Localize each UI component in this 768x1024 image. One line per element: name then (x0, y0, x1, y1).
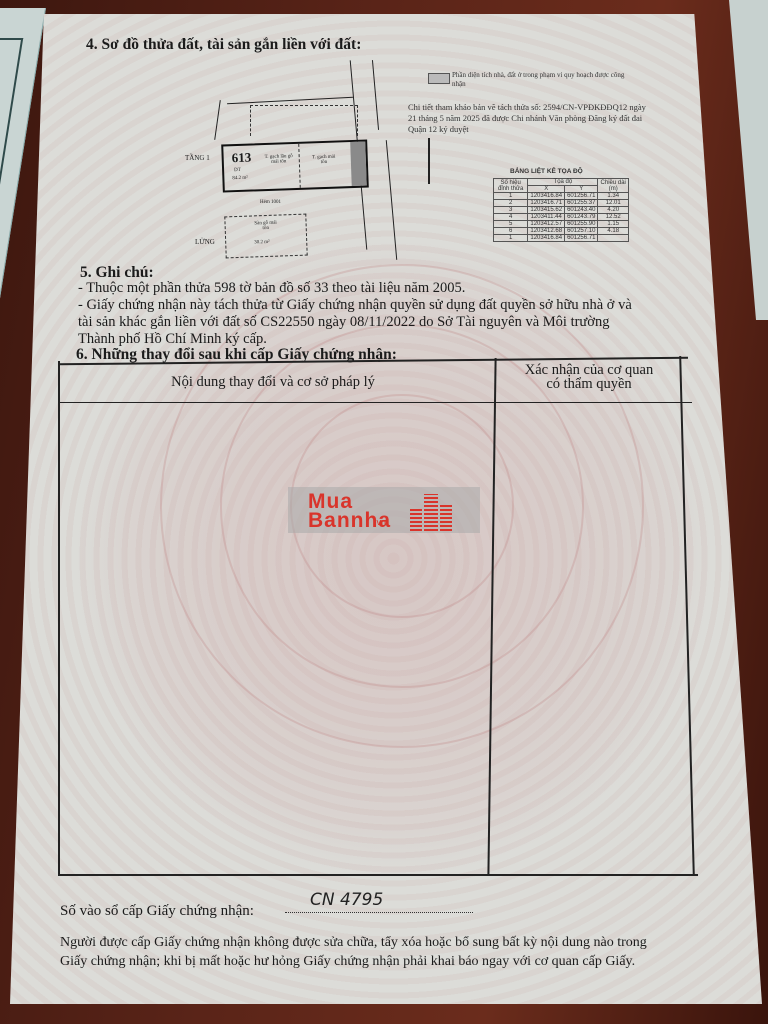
legend-swatch (428, 73, 450, 84)
col-header-changes: Nội dung thay đổi và cơ sở pháp lý (58, 374, 488, 390)
coord-subheader: X (528, 186, 565, 193)
approval-note: Chi tiết tham khảo bản vẽ tách thửa số: … (408, 102, 648, 135)
section4-heading: 4. Sơ đồ thửa đất, tài sản gắn liền với … (86, 36, 361, 54)
coordinate-table: Số hiệu đỉnh thửa Tọa độ Chiều dài (m) X… (493, 178, 629, 242)
building-icon (410, 507, 422, 531)
room-label: T. gạch mái tôn (309, 154, 339, 165)
coord-cell: 1.15 (598, 221, 629, 228)
coord-cell: 4.20 (598, 207, 629, 214)
coord-cell: 1 (494, 193, 528, 200)
col-header-authority-line2: có thẩm quyền (494, 376, 684, 392)
register-number: CN 4795 (310, 890, 383, 910)
warning-line1: Người được cấp Giấy chứng nhận không đượ… (60, 934, 647, 951)
register-dotted-line (285, 912, 473, 913)
floor1-label: TẦNG 1 (185, 154, 210, 162)
boundary-line (214, 100, 221, 140)
coord-table-title: BẢNG LIỆT KÊ TỌA ĐỘ (510, 168, 583, 175)
building-icon (424, 494, 438, 531)
lane-label: Hẻm 1001 (260, 200, 281, 205)
room-divider (298, 144, 301, 188)
mezzanine-area: 30.2 m² (254, 240, 270, 246)
parcel-613-outline: 613 DT 84.2 m² T. gạch lầu gỗ mái tôn T.… (221, 139, 369, 192)
area-label: DT (234, 168, 241, 173)
coord-cell: 1203416.71 (528, 200, 565, 207)
table-border (679, 356, 694, 876)
coord-cell: 6 (494, 228, 528, 235)
coord-row: 41203411.44601243.7912.52 (494, 214, 629, 221)
coord-header: Tọa độ (528, 179, 598, 186)
note-line: - Thuộc một phần thửa 598 tờ bản đồ số 3… (78, 280, 465, 297)
warning-line2: Giấy chứng nhận; khi bị mất hoặc hư hỏng… (60, 953, 635, 970)
coord-row: 11203416.84601256.71 (494, 235, 629, 242)
coord-cell: 601256.71 (565, 235, 598, 242)
building-icon (440, 503, 452, 531)
coord-cell: 601256.71 (565, 193, 598, 200)
parcel-diagram: 613 DT 84.2 m² T. gạch lầu gỗ mái tôn T.… (195, 60, 440, 260)
road-line (372, 60, 379, 130)
coord-cell: 1203416.84 (528, 193, 565, 200)
coord-cell: 601243.40 (565, 207, 598, 214)
coord-subheader: Y (565, 186, 598, 193)
boundary-line (227, 97, 353, 105)
note-line: - Giấy chứng nhận này tách thửa từ Giấy … (78, 297, 632, 314)
coord-cell: 1203415.62 (528, 207, 565, 214)
coord-header: Chiều dài (m) (598, 179, 629, 193)
coord-row: 11203416.84601256.711.34 (494, 193, 629, 200)
coord-cell: 601255.90 (565, 221, 598, 228)
room-label: Sàn gỗ mái tôn (250, 220, 280, 231)
floor1-area: 84.2 m² (232, 176, 248, 182)
coord-cell: 2 (494, 200, 528, 207)
watermark-suffix: .vn (374, 517, 386, 527)
coord-row: 31203415.62601243.404.20 (494, 207, 629, 214)
coord-cell: 4 (494, 214, 528, 221)
coord-row: 21203416.71601255.3712.01 (494, 200, 629, 207)
legend-text: Phần diện tích nhà, đất ở trong phạm vi … (452, 71, 632, 89)
mezzanine-outline: Sàn gỗ mái tôn 30.2 m² (224, 214, 307, 259)
table-border (487, 358, 496, 876)
table-border (58, 402, 692, 403)
coord-cell: 601257.10 (565, 228, 598, 235)
coord-cell: 1203412.57 (528, 221, 565, 228)
table-border (58, 874, 698, 876)
coord-cell: 1203411.44 (528, 214, 565, 221)
coord-header: Số hiệu đỉnh thửa (494, 179, 528, 193)
certificate-content: 4. Sơ đồ thửa đất, tài sản gắn liền với … (0, 0, 768, 1024)
coord-cell: 1203412.68 (528, 228, 565, 235)
coord-cell: 1.34 (598, 193, 629, 200)
table-border (58, 361, 60, 876)
north-arrow-icon (428, 138, 430, 184)
coord-cell: 1203416.84 (528, 235, 565, 242)
neighbor-dashed-outline (250, 105, 358, 136)
parcel-number: 613 (231, 150, 251, 167)
planning-area-shade (350, 142, 367, 186)
register-label: Số vào sổ cấp Giấy chứng nhận: (60, 903, 254, 920)
note-line: tài sản khác gắn liền với đất số CS22550… (78, 314, 609, 331)
room-label: T. gạch lầu gỗ mái tôn (264, 154, 294, 165)
coord-row: 51203412.57601255.901.15 (494, 221, 629, 228)
coord-cell: 3 (494, 207, 528, 214)
coord-cell: 601255.37 (565, 200, 598, 207)
coord-cell: 601243.79 (565, 214, 598, 221)
coord-cell: 12.01 (598, 200, 629, 207)
muabannha-watermark: Mua Bannha .vn (288, 487, 480, 533)
coord-cell: 12.52 (598, 214, 629, 221)
coord-cell: 4.18 (598, 228, 629, 235)
coord-row: 61203412.68601257.104.18 (494, 228, 629, 235)
changes-table: Nội dung thay đổi và cơ sở pháp lý Xác n… (58, 356, 688, 876)
coord-cell (598, 235, 629, 242)
mezzanine-label: LỬNG (195, 238, 215, 246)
road-line (386, 140, 397, 260)
coord-cell: 5 (494, 221, 528, 228)
coord-cell: 1 (494, 235, 528, 242)
